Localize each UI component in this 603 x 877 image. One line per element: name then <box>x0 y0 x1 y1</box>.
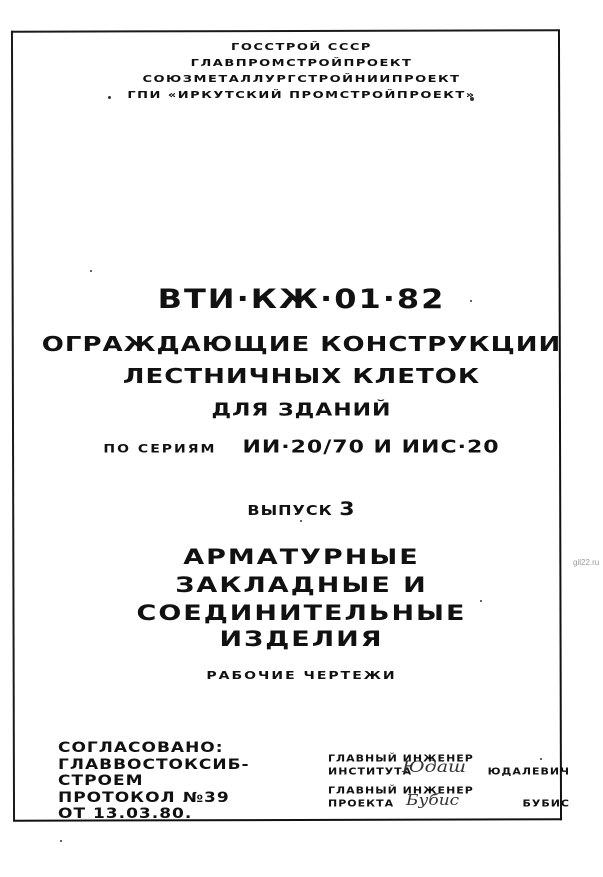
product-line-4: изделия <box>0 627 603 651</box>
scan-speck <box>108 96 111 99</box>
approval-line-3: строем <box>58 774 250 788</box>
signer-2-name: Бубис <box>522 798 570 809</box>
approval-line-2: Главвостоксиб- <box>58 758 250 772</box>
series-line: по сериям ИИ·20/70 и ИИС·20 <box>0 438 603 458</box>
series-value: ИИ·20/70 и ИИС·20 <box>242 438 499 458</box>
issue-label: Выпуск <box>247 502 332 518</box>
scan-speck <box>470 97 474 101</box>
title-line-1: Ограждающие конструкции <box>0 333 603 356</box>
scan-speck <box>300 520 302 522</box>
scan-speck <box>470 300 472 302</box>
approval-line-4: протокол №39 <box>58 791 250 805</box>
signer-2-title-line2: проекта <box>328 798 394 809</box>
scan-speck <box>90 270 92 272</box>
watermark: gil22.ru <box>573 558 599 567</box>
approval-line-1: Согласовано: <box>58 741 250 755</box>
product-line-3: соединительные <box>0 601 603 625</box>
series-prefix: по сериям <box>103 443 216 456</box>
signers-block: Главный инженер института Юдаш Юдалевич … <box>328 752 578 810</box>
org-line-glavpromstroyproekt: Главпромстройпроект <box>0 58 603 69</box>
drawing-type: Рабочие чертежи <box>0 670 603 682</box>
issue-number: 3 <box>339 499 355 520</box>
scan-speck <box>540 758 542 760</box>
approval-line-5: от 13.03.80. <box>58 807 250 821</box>
signer-1-title-line2: института <box>328 766 412 777</box>
signer-1-row: института Юдаш Юдалевич <box>328 766 578 777</box>
signer-2-signature: Бубис <box>406 795 459 806</box>
org-line-irkutsk: ГПИ «Иркутский промстройпроект» <box>0 90 603 101</box>
signer-1-signature: Юдаш <box>402 762 466 773</box>
scan-speck <box>60 840 62 842</box>
approval-block: Согласовано: Главвостоксиб- строем прото… <box>58 740 250 823</box>
org-line-gosstroy: Госстрой СССР <box>0 42 603 53</box>
scan-speck <box>480 600 482 602</box>
title-line-2: лестничных клеток <box>0 365 603 388</box>
title-line-3: для зданий <box>0 401 603 421</box>
signer-2-row: проекта Бубис Бубис <box>328 798 578 809</box>
document-frame <box>11 29 562 821</box>
org-line-soyuzmetallurg: Союзметаллургстройниипроект <box>0 74 603 85</box>
product-line-1: Арматурные <box>0 545 603 569</box>
signer-1-name: Юдалевич <box>488 766 570 777</box>
document-code: ВТИ·КЖ·01·82 <box>0 283 603 314</box>
product-line-2: закладные и <box>0 573 603 597</box>
issue-line: Выпуск 3 <box>0 499 603 520</box>
